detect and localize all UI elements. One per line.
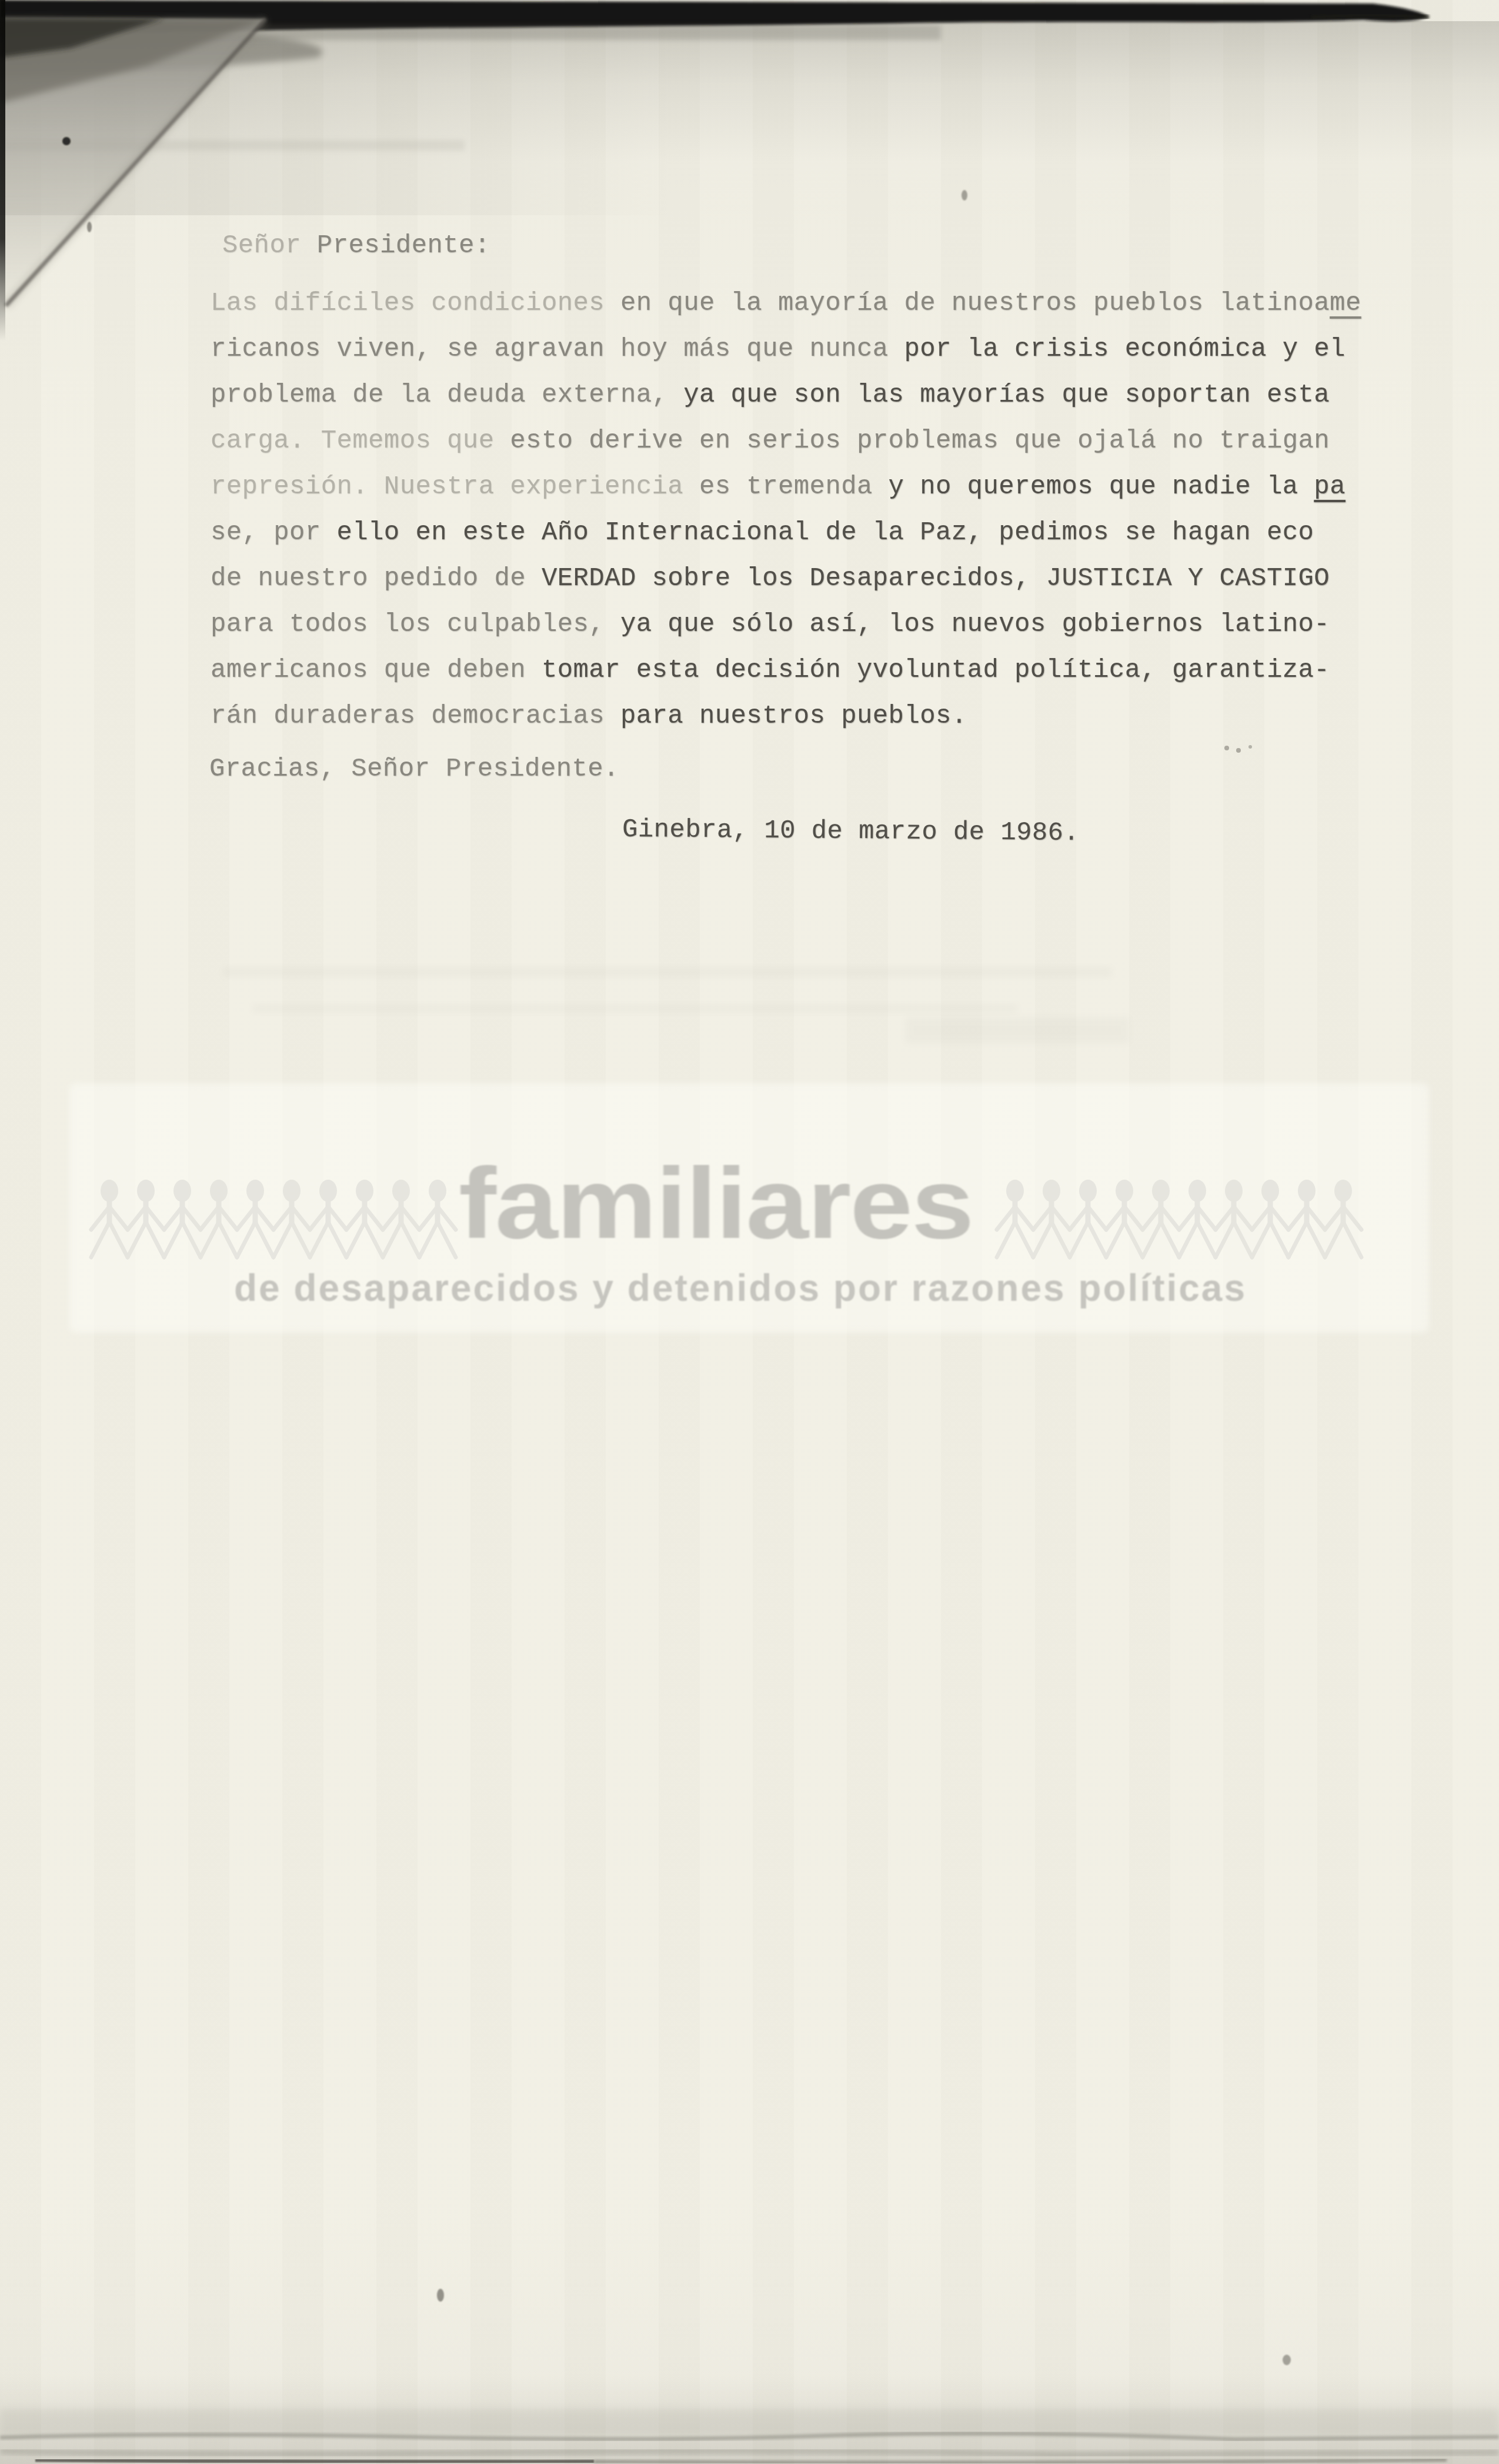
letter-text-segment: ya que son las mayorías que soportan est… — [667, 380, 1330, 410]
letter-text-segment: por la crisis económica y el — [889, 335, 1346, 364]
letter-text-segment: para nuestros pueblos. — [605, 702, 967, 731]
letter-line-dateline: Ginebra, 10 de marzo de 1986. — [622, 817, 1080, 846]
letter-text-segment: Señor — [222, 231, 317, 261]
letter-text-segment: para todos los culpables, — [211, 610, 605, 639]
letter-text-segment: es tremenda — [683, 472, 873, 502]
letter-line-closing: Gracias, Señor Presidente. — [209, 756, 619, 782]
letter-line-body-10: rán duraderas democracias para nuestros … — [211, 703, 967, 729]
scanned-letter-page: familiares de desaparecidos y detenidos … — [0, 0, 1499, 2464]
letter-text-segment: me — [1330, 289, 1361, 318]
letter-text-segment: rán duraderas democracias — [211, 702, 605, 731]
letter-text-segment: problema de la deuda externa, — [211, 380, 667, 410]
letter-text-segment: se, por — [211, 518, 321, 547]
letter-text-segment: en que la mayoría de nuestros pueblos la… — [605, 289, 1330, 318]
letter-text-segment: y no queremos que nadie la — [873, 472, 1314, 502]
letter-text-segment: VERDAD sobre los Desaparecidos, JUSTICIA… — [526, 564, 1330, 593]
letter-line-body-5: represión. Nuestra experiencia es tremen… — [211, 474, 1346, 500]
letter-text-segment: carga. Tememos que — [211, 426, 494, 456]
letter-line-body-2: ricanos viven, se agravan hoy más que nu… — [211, 336, 1346, 362]
letter-text-segment: Presidente: — [317, 231, 490, 261]
letter-line-salutation: Señor Presidente: — [222, 233, 490, 259]
letter-text-segment: esto derive en serios problemas que ojal… — [494, 426, 1330, 456]
letter-line-body-1: Las difíciles condiciones en que la mayo… — [211, 291, 1361, 316]
letter-text-segment: tomar esta decisión yvoluntad política, … — [526, 656, 1330, 685]
letter-line-body-3: problema de la deuda externa, ya que son… — [211, 382, 1330, 408]
letter-text-segment: pa — [1314, 472, 1346, 502]
letter-text-segment: ya que sólo así, los nuevos gobiernos la… — [605, 610, 1330, 639]
letter-text-segment: Ginebra, 10 de marzo de 1986. — [622, 815, 1080, 848]
letter-line-body-8: para todos los culpables, ya que sólo as… — [211, 612, 1330, 637]
letter-text-segment: americanos que deben — [211, 656, 526, 685]
letter-line-body-6: se, por ello en este Año Internacional d… — [211, 520, 1314, 546]
letter-line-body-7: de nuestro pedido de VERDAD sobre los De… — [211, 566, 1330, 592]
letter-line-body-9: americanos que deben tomar esta decisión… — [211, 657, 1330, 683]
letter-line-body-4: carga. Tememos que esto derive en serios… — [211, 428, 1330, 454]
letter-text-segment: ricanos viven, se agravan hoy más que nu… — [211, 335, 889, 364]
letter-text-segment: ello en este Año Internacional de la Paz… — [321, 518, 1314, 547]
letter-text-segment: Las difíciles condiciones — [211, 289, 605, 318]
letter-text-segment: Gracias, Señor Presidente. — [209, 754, 619, 784]
letter-body: Señor Presidente:Las difíciles condicion… — [0, 0, 1499, 2464]
letter-text-segment: de nuestro pedido de — [211, 564, 526, 593]
letter-text-segment: represión. Nuestra experiencia — [211, 472, 683, 502]
